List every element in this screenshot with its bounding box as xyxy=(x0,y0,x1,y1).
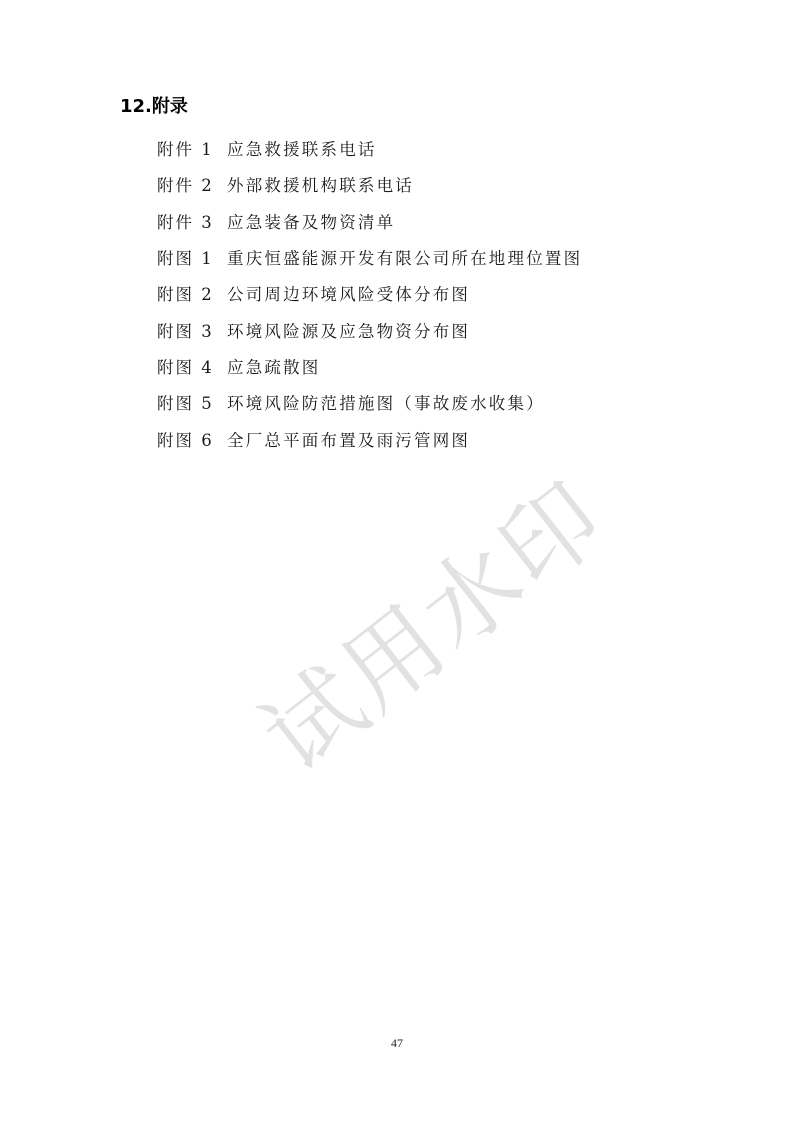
appendix-item-title: 应急疏散图 xyxy=(227,356,321,380)
page-number: 47 xyxy=(0,1036,794,1051)
appendix-item-title: 重庆恒盛能源开发有限公司所在地理位置图 xyxy=(227,247,582,271)
appendix-item: 附图 1 重庆恒盛能源开发有限公司所在地理位置图 xyxy=(157,241,582,277)
appendix-item: 附图 4 应急疏散图 xyxy=(157,350,582,386)
appendix-item-title: 公司周边环境风险受体分布图 xyxy=(227,283,470,307)
appendix-item-label: 附件 3 xyxy=(157,211,227,235)
appendix-item-label: 附件 2 xyxy=(157,174,227,198)
appendix-item: 附图 2 公司周边环境风险受体分布图 xyxy=(157,277,582,313)
appendix-item-title: 环境风险源及应急物资分布图 xyxy=(227,320,470,344)
appendix-list: 附件 1 应急救援联系电话 附件 2 外部救援机构联系电话 附件 3 应急装备及… xyxy=(157,132,582,459)
appendix-item: 附件 2 外部救援机构联系电话 xyxy=(157,168,582,204)
appendix-item-title: 环境风险防范措施图（事故废水收集） xyxy=(227,392,545,416)
watermark: 试用水印 xyxy=(230,444,630,798)
appendix-item: 附件 1 应急救援联系电话 xyxy=(157,132,582,168)
appendix-item-title: 应急装备及物资清单 xyxy=(227,211,395,235)
appendix-item-label: 附件 1 xyxy=(157,138,227,162)
appendix-item: 附图 3 环境风险源及应急物资分布图 xyxy=(157,313,582,349)
section-heading: 12.附录 xyxy=(120,95,188,119)
appendix-item: 附件 3 应急装备及物资清单 xyxy=(157,205,582,241)
appendix-item-title: 全厂总平面布置及雨污管网图 xyxy=(227,429,470,453)
appendix-item-label: 附图 2 xyxy=(157,283,227,307)
appendix-item: 附图 6 全厂总平面布置及雨污管网图 xyxy=(157,422,582,458)
appendix-item: 附图 5 环境风险防范措施图（事故废水收集） xyxy=(157,386,582,422)
appendix-item-title: 应急救援联系电话 xyxy=(227,138,377,162)
appendix-item-label: 附图 3 xyxy=(157,320,227,344)
appendix-item-label: 附图 6 xyxy=(157,429,227,453)
appendix-item-title: 外部救援机构联系电话 xyxy=(227,174,414,198)
appendix-item-label: 附图 4 xyxy=(157,356,227,380)
appendix-item-label: 附图 1 xyxy=(157,247,227,271)
document-page: 试用水印 12.附录 附件 1 应急救援联系电话 附件 2 外部救援机构联系电话… xyxy=(0,0,794,1123)
appendix-item-label: 附图 5 xyxy=(157,392,227,416)
